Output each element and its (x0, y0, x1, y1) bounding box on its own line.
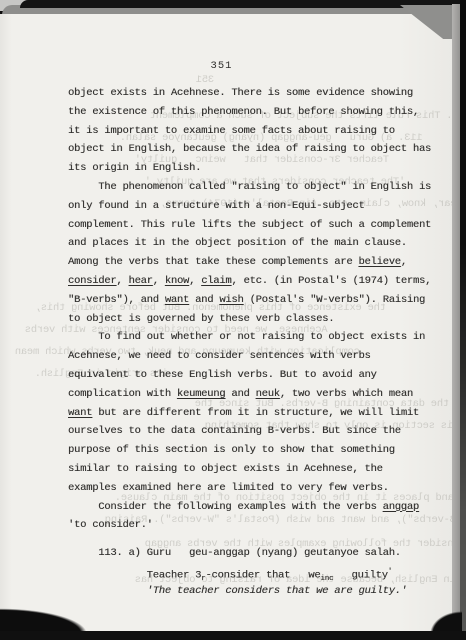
text-line: equivalent to these English verbs. But t… (68, 366, 431, 385)
text-line: complication with keumeung and neuk, two… (68, 385, 431, 404)
scan-border-top (20, 0, 466, 8)
text-line: want but are different from it in struct… (68, 404, 431, 423)
text-line: "B-verbs"), and want and wish (Postal's … (68, 291, 431, 310)
document-page: complement. This rule lifts the subject … (0, 14, 453, 631)
text-line: Acehnese, we need to consider sentences … (68, 347, 431, 366)
text-line: Among the verbs that take these compleme… (68, 253, 431, 272)
scan-border-bottom (0, 631, 466, 640)
scan-border-right (460, 0, 466, 640)
text-line: The phenomenon called "raising to object… (68, 178, 431, 197)
text-line: to object is governed by these verb clas… (68, 310, 431, 329)
scan-shadow-bottom-right (416, 602, 462, 634)
text-line: purpose of this section is only to show … (68, 441, 431, 460)
text-line: only found in a structure with a non-Equ… (68, 197, 431, 216)
text-line: its origin in English. (68, 159, 431, 178)
text-line: ourselves to the data containing B-verbs… (68, 422, 431, 441)
text-line: object in English, because the idea of r… (68, 140, 431, 159)
text-line: complement. This rule lifts the subject … (68, 216, 431, 235)
text-line: 'to consider.' (68, 516, 431, 535)
page-number: 351 (0, 60, 443, 72)
text-line: 113. a) Guru geu-anggap (nyang) geutanyo… (68, 544, 431, 563)
text-line: Consider the following examples with the… (68, 498, 431, 517)
text-line: it is important to examine some facts ab… (68, 122, 431, 141)
text-line: examples examined here are limited to ve… (68, 479, 431, 498)
text-line: Teacher 3r-consider that weinc guilty' (68, 563, 431, 582)
text-line: 'The teacher considers that we are guilt… (68, 582, 431, 601)
text-line: consider, hear, know, claim, etc. (in Po… (68, 272, 431, 291)
scan-shadow-bottom-left (0, 596, 120, 634)
text-line: object exists in Acehnese. There is some… (68, 84, 431, 103)
text-line: and places it in the object position of … (68, 234, 431, 253)
text-line: To find out whether or not raising to ob… (68, 328, 431, 347)
scanned-page: complement. This rule lifts the subject … (0, 0, 466, 640)
text-line: the existence of this phenomenon. But be… (68, 103, 431, 122)
page-text: object exists in Acehnese. There is some… (68, 84, 431, 601)
text-line: similar to raising to object exists in A… (68, 460, 431, 479)
